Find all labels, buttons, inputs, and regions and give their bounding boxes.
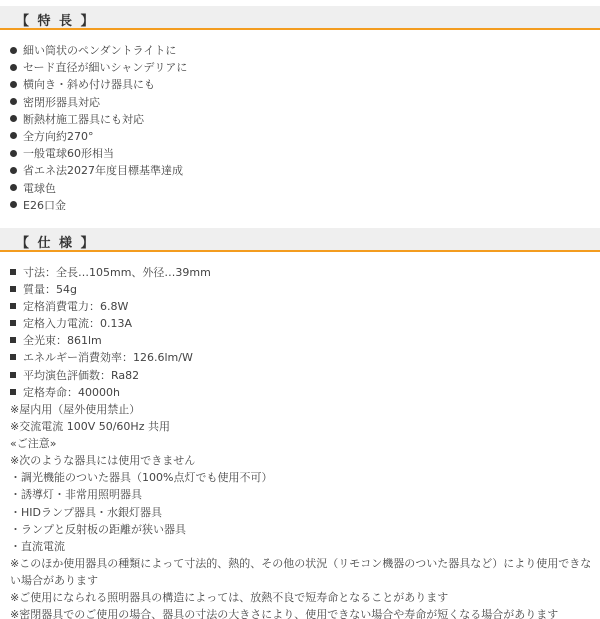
note-line: ※次のような器具には使用できません xyxy=(10,452,595,469)
features-header: 【 特 長 】 xyxy=(0,6,600,30)
feature-item: 横向き・斜め付け器具にも xyxy=(10,76,187,93)
note-line: ※ご使用になられる照明器具の構造によっては、放熱不良で短寿命となることがあります xyxy=(10,589,595,606)
spec-notes: ※屋内用（屋外使用禁止） ※交流電流 100V 50/60Hz 共用 «ご注意»… xyxy=(10,401,595,619)
bullet-square-icon xyxy=(10,303,16,309)
feature-item: セード直径が細いシャンデリアに xyxy=(10,59,187,76)
bullet-square-icon xyxy=(10,337,16,343)
note-line: ※交流電流 100V 50/60Hz 共用 xyxy=(10,418,595,435)
note-line: ・誘導灯・非常用照明器具 xyxy=(10,486,595,503)
feature-item: E26口金 xyxy=(10,197,187,214)
feature-item: 一般電球60形相当 xyxy=(10,145,187,162)
note-line: «ご注意» xyxy=(10,435,595,452)
specs-title: 【 仕 様 】 xyxy=(16,232,96,251)
spec-item: 質量：54g xyxy=(10,281,211,298)
bullet-dot-icon xyxy=(10,98,17,105)
bullet-square-icon xyxy=(10,372,16,378)
bullet-dot-icon xyxy=(10,115,17,122)
note-line: ※屋内用（屋外使用禁止） xyxy=(10,401,595,418)
spec-item: 平均演色評価数：Ra82 xyxy=(10,367,211,384)
note-line: ※密閉器具でのご使用の場合、器具の寸法の大きさにより、使用できない場合や寿命が短… xyxy=(10,606,595,619)
bullet-dot-icon xyxy=(10,167,17,174)
bullet-dot-icon xyxy=(10,81,17,88)
bullet-dot-icon xyxy=(10,64,17,71)
feature-item: 全方向約270° xyxy=(10,128,187,145)
feature-item: 断熱材施工器具にも対応 xyxy=(10,111,187,128)
feature-item: 省エネ法2027年度目標基準達成 xyxy=(10,162,187,179)
note-line: ・直流電流 xyxy=(10,538,595,555)
bullet-dot-icon xyxy=(10,132,17,139)
bullet-square-icon xyxy=(10,354,16,360)
feature-item: 細い筒状のペンダントライトに xyxy=(10,42,187,59)
features-title: 【 特 長 】 xyxy=(16,10,96,29)
note-line: ※このほか使用器具の種類によって寸法的、熱的、その他の状況（リモコン機器のついた… xyxy=(10,555,595,589)
feature-item: 密閉形器具対応 xyxy=(10,94,187,111)
bullet-square-icon xyxy=(10,320,16,326)
specs-header: 【 仕 様 】 xyxy=(0,228,600,252)
note-line: ・HIDランプ器具・水銀灯器具 xyxy=(10,504,595,521)
bullet-dot-icon xyxy=(10,201,17,208)
spec-item: 寸法：全長…105mm、外径…39mm xyxy=(10,264,211,281)
bullet-square-icon xyxy=(10,286,16,292)
spec-item: エネルギー消費効率：126.6lm/W xyxy=(10,349,211,366)
spec-item: 定格寿命：40000h xyxy=(10,384,211,401)
specs-list: 寸法：全長…105mm、外径…39mm 質量：54g 定格消費電力：6.8W 定… xyxy=(10,264,211,401)
note-line: ・調光機能のついた器具（100%点灯でも使用不可） xyxy=(10,469,595,486)
spec-item: 全光束：861lm xyxy=(10,332,211,349)
bullet-dot-icon xyxy=(10,184,17,191)
bullet-dot-icon xyxy=(10,47,17,54)
spec-item: 定格消費電力：6.8W xyxy=(10,298,211,315)
note-line: ・ランプと反射板の距離が狭い器具 xyxy=(10,521,595,538)
features-list: 細い筒状のペンダントライトに セード直径が細いシャンデリアに 横向き・斜め付け器… xyxy=(10,42,187,214)
bullet-dot-icon xyxy=(10,150,17,157)
bullet-square-icon xyxy=(10,389,16,395)
spec-item: 定格入力電流：0.13A xyxy=(10,315,211,332)
bullet-square-icon xyxy=(10,269,16,275)
feature-item: 電球色 xyxy=(10,180,187,197)
